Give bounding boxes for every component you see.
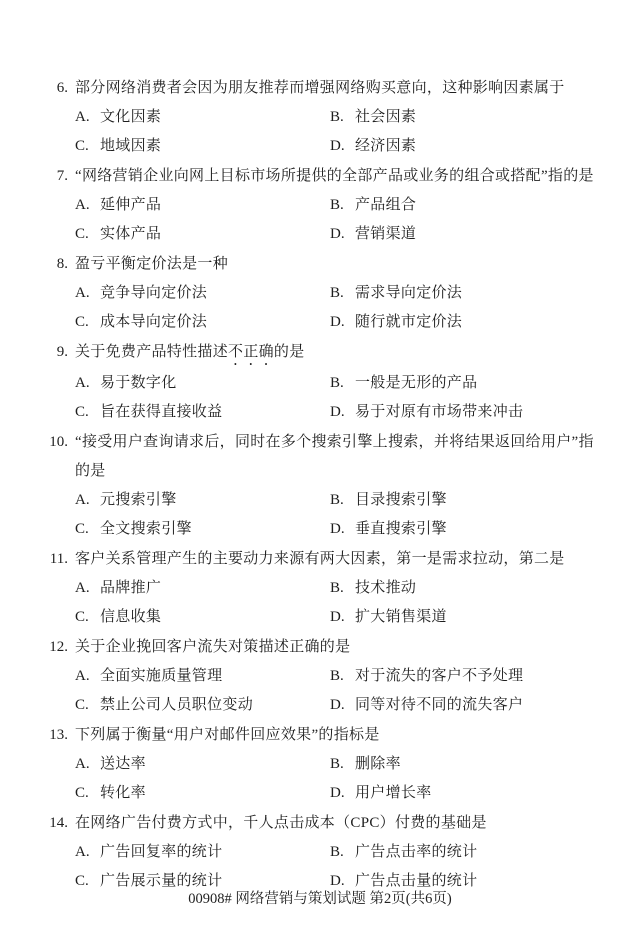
option-label: B. bbox=[330, 191, 355, 220]
option: B.需求导向定价法 bbox=[330, 279, 640, 308]
question-stem: 盈亏平衡定价法是一种 bbox=[75, 250, 228, 279]
option-label: C. bbox=[75, 691, 100, 720]
option-label: D. bbox=[330, 132, 355, 161]
question: 7.“网络营销企业向网上目标市场所提供的全部产品或业务的组合或搭配”指的是A.延… bbox=[0, 162, 640, 249]
option: B.对于流失的客户不予处理 bbox=[330, 662, 640, 691]
option-label: C. bbox=[75, 779, 100, 808]
option: B.技术推动 bbox=[330, 574, 640, 603]
question: 9.关于免费产品特性描述不正确的是A.易于数字化B.一般是无形的产品C.旨在获得… bbox=[0, 338, 640, 427]
question-list: 6.部分网络消费者会因为朋友推荐而增强网络购买意向，这种影响因素属于A.文化因素… bbox=[0, 74, 640, 897]
question-number: 14. bbox=[42, 809, 68, 838]
option-text: 旨在获得直接收益 bbox=[100, 398, 222, 427]
option: C.全文搜索引擎 bbox=[75, 515, 330, 544]
option-label: B. bbox=[330, 574, 355, 603]
option-label: A. bbox=[75, 191, 100, 220]
option: C.转化率 bbox=[75, 779, 330, 808]
question-stem: “网络营销企业向网上目标市场所提供的全部产品或业务的组合或搭配”指的是 bbox=[75, 162, 594, 191]
option-text: 扩大销售渠道 bbox=[355, 603, 447, 632]
option-text: 广告回复率的统计 bbox=[100, 838, 222, 867]
option: D.随行就市定价法 bbox=[330, 308, 640, 337]
option-label: D. bbox=[330, 603, 355, 632]
question-stem: 关于企业挽回客户流失对策描述正确的是 bbox=[75, 633, 350, 662]
option-label: D. bbox=[330, 220, 355, 249]
option: C.旨在获得直接收益 bbox=[75, 398, 330, 427]
option: B.社会因素 bbox=[330, 103, 640, 132]
question-stem: 在网络广告付费方式中，千人点击成本（CPC）付费的基础是 bbox=[75, 809, 487, 838]
option: A.广告回复率的统计 bbox=[75, 838, 330, 867]
option-label: B. bbox=[330, 838, 355, 867]
option-label: A. bbox=[75, 838, 100, 867]
option-text: 禁止公司人员职位变动 bbox=[100, 691, 253, 720]
option-label: C. bbox=[75, 308, 100, 337]
option: A.送达率 bbox=[75, 750, 330, 779]
option-text: 一般是无形的产品 bbox=[355, 369, 477, 398]
option: D.扩大销售渠道 bbox=[330, 603, 640, 632]
question-number: 9. bbox=[42, 338, 68, 367]
option: B.删除率 bbox=[330, 750, 640, 779]
question-stem-row: 13.下列属于衡量“用户对邮件回应效果”的指标是 bbox=[0, 721, 640, 750]
option-label: D. bbox=[330, 398, 355, 427]
option-text: 实体产品 bbox=[100, 220, 161, 249]
option-text: 易于对原有市场带来冲击 bbox=[355, 398, 523, 427]
option-text: 同等对待不同的流失客户 bbox=[355, 691, 523, 720]
options-grid: A.广告回复率的统计B.广告点击率的统计C.广告展示量的统计D.广告点击量的统计 bbox=[0, 838, 640, 896]
option-text: 信息收集 bbox=[100, 603, 161, 632]
option-label: B. bbox=[330, 279, 355, 308]
option: B.广告点击率的统计 bbox=[330, 838, 640, 867]
option-text: 文化因素 bbox=[100, 103, 161, 132]
option: D.经济因素 bbox=[330, 132, 640, 161]
option: C.信息收集 bbox=[75, 603, 330, 632]
question: 13.下列属于衡量“用户对邮件回应效果”的指标是A.送达率B.删除率C.转化率D… bbox=[0, 721, 640, 808]
option-label: A. bbox=[75, 369, 100, 398]
option: B.目录搜索引擎 bbox=[330, 486, 640, 515]
option: A.品牌推广 bbox=[75, 574, 330, 603]
option-label: D. bbox=[330, 779, 355, 808]
option: A.延伸产品 bbox=[75, 191, 330, 220]
option-text: 随行就市定价法 bbox=[355, 308, 462, 337]
option-label: D. bbox=[330, 308, 355, 337]
question-stem-row: 14.在网络广告付费方式中，千人点击成本（CPC）付费的基础是 bbox=[0, 809, 640, 838]
option-label: A. bbox=[75, 279, 100, 308]
option-text: 送达率 bbox=[100, 750, 146, 779]
option-text: 删除率 bbox=[355, 750, 401, 779]
options-grid: A.全面实施质量管理B.对于流失的客户不予处理C.禁止公司人员职位变动D.同等对… bbox=[0, 662, 640, 720]
option-text: 转化率 bbox=[100, 779, 146, 808]
option-label: A. bbox=[75, 103, 100, 132]
options-grid: A.延伸产品B.产品组合C.实体产品D.营销渠道 bbox=[0, 191, 640, 249]
question: 8.盈亏平衡定价法是一种A.竞争导向定价法B.需求导向定价法C.成本导向定价法D… bbox=[0, 250, 640, 337]
option-text: 需求导向定价法 bbox=[355, 279, 462, 308]
options-grid: A.竞争导向定价法B.需求导向定价法C.成本导向定价法D.随行就市定价法 bbox=[0, 279, 640, 337]
option-label: B. bbox=[330, 750, 355, 779]
question-number: 12. bbox=[42, 633, 68, 662]
option-text: 产品组合 bbox=[355, 191, 416, 220]
option-text: 地域因素 bbox=[100, 132, 161, 161]
option: D.同等对待不同的流失客户 bbox=[330, 691, 640, 720]
option-label: C. bbox=[75, 132, 100, 161]
option: D.易于对原有市场带来冲击 bbox=[330, 398, 640, 427]
option-label: C. bbox=[75, 220, 100, 249]
question: 14.在网络广告付费方式中，千人点击成本（CPC）付费的基础是A.广告回复率的统… bbox=[0, 809, 640, 896]
option: C.成本导向定价法 bbox=[75, 308, 330, 337]
options-grid: A.易于数字化B.一般是无形的产品C.旨在获得直接收益D.易于对原有市场带来冲击 bbox=[0, 369, 640, 427]
option-label: B. bbox=[330, 662, 355, 691]
question: 12.关于企业挽回客户流失对策描述正确的是A.全面实施质量管理B.对于流失的客户… bbox=[0, 633, 640, 720]
option-text: 易于数字化 bbox=[100, 369, 177, 398]
option: A.元搜索引擎 bbox=[75, 486, 330, 515]
option: A.全面实施质量管理 bbox=[75, 662, 330, 691]
option-text: 全文搜索引擎 bbox=[100, 515, 192, 544]
question-stem: 部分网络消费者会因为朋友推荐而增强网络购买意向，这种影响因素属于 bbox=[75, 74, 565, 103]
option-text: 广告点击率的统计 bbox=[355, 838, 477, 867]
exam-page: 6.部分网络消费者会因为朋友推荐而增强网络购买意向，这种影响因素属于A.文化因素… bbox=[0, 0, 640, 950]
option: D.垂直搜索引擎 bbox=[330, 515, 640, 544]
option-text: 品牌推广 bbox=[100, 574, 161, 603]
option-text: 元搜索引擎 bbox=[100, 486, 177, 515]
option-label: A. bbox=[75, 486, 100, 515]
option-text: 竞争导向定价法 bbox=[100, 279, 207, 308]
option: B.产品组合 bbox=[330, 191, 640, 220]
option-text: 经济因素 bbox=[355, 132, 416, 161]
option-text: 营销渠道 bbox=[355, 220, 416, 249]
option-text: 社会因素 bbox=[355, 103, 416, 132]
footer-text: 00908# 网络营销与策划试题 第2页(共6页) bbox=[188, 891, 451, 907]
option-label: C. bbox=[75, 603, 100, 632]
question-stem: 客户关系管理产生的主要动力来源有两大因素，第一是需求拉动，第二是 bbox=[75, 545, 565, 574]
option-text: 成本导向定价法 bbox=[100, 308, 207, 337]
option-text: 垂直搜索引擎 bbox=[355, 515, 447, 544]
option-label: A. bbox=[75, 662, 100, 691]
option-label: B. bbox=[330, 103, 355, 132]
option-label: A. bbox=[75, 574, 100, 603]
option-text: 全面实施质量管理 bbox=[100, 662, 222, 691]
options-grid: A.送达率B.删除率C.转化率D.用户增长率 bbox=[0, 750, 640, 808]
option: A.竞争导向定价法 bbox=[75, 279, 330, 308]
question-number: 7. bbox=[42, 162, 68, 191]
question-number: 6. bbox=[42, 74, 68, 103]
question-stem-row: 9.关于免费产品特性描述不正确的是 bbox=[0, 338, 640, 369]
option-text: 延伸产品 bbox=[100, 191, 161, 220]
option-text: 用户增长率 bbox=[355, 779, 432, 808]
options-grid: A.品牌推广B.技术推动C.信息收集D.扩大销售渠道 bbox=[0, 574, 640, 632]
question-stem-row: 12.关于企业挽回客户流失对策描述正确的是 bbox=[0, 633, 640, 662]
question: 10.“接受用户查询请求后，同时在多个搜索引擎上搜索，并将结果返回给用户”指的是… bbox=[0, 428, 640, 544]
option: C.地域因素 bbox=[75, 132, 330, 161]
question-number: 11. bbox=[42, 545, 68, 574]
option-label: C. bbox=[75, 398, 100, 427]
option-text: 技术推动 bbox=[355, 574, 416, 603]
question-number: 8. bbox=[42, 250, 68, 279]
option-label: A. bbox=[75, 750, 100, 779]
question-number: 13. bbox=[42, 721, 68, 750]
question: 6.部分网络消费者会因为朋友推荐而增强网络购买意向，这种影响因素属于A.文化因素… bbox=[0, 74, 640, 161]
page-footer: 00908# 网络营销与策划试题 第2页(共6页) bbox=[0, 889, 640, 909]
option: B.一般是无形的产品 bbox=[330, 369, 640, 398]
question-stem: 关于免费产品特性描述不正确的是 bbox=[75, 338, 305, 369]
option-text: 目录搜索引擎 bbox=[355, 486, 447, 515]
option-label: B. bbox=[330, 369, 355, 398]
option: A.文化因素 bbox=[75, 103, 330, 132]
option-label: D. bbox=[330, 691, 355, 720]
option-label: D. bbox=[330, 515, 355, 544]
option: C.禁止公司人员职位变动 bbox=[75, 691, 330, 720]
options-grid: A.元搜索引擎B.目录搜索引擎C.全文搜索引擎D.垂直搜索引擎 bbox=[0, 486, 640, 544]
option: A.易于数字化 bbox=[75, 369, 330, 398]
emphasized-text: 不正确 bbox=[228, 344, 274, 360]
option: D.用户增长率 bbox=[330, 779, 640, 808]
options-grid: A.文化因素B.社会因素C.地域因素D.经济因素 bbox=[0, 103, 640, 161]
question-stem-row: 8.盈亏平衡定价法是一种 bbox=[0, 250, 640, 279]
question-stem: “接受用户查询请求后，同时在多个搜索引擎上搜索，并将结果返回给用户”指的是 bbox=[75, 428, 602, 486]
question-stem: 下列属于衡量“用户对邮件回应效果”的指标是 bbox=[75, 721, 380, 750]
question-stem-row: 11.客户关系管理产生的主要动力来源有两大因素，第一是需求拉动，第二是 bbox=[0, 545, 640, 574]
question-number: 10. bbox=[42, 428, 68, 457]
option: D.营销渠道 bbox=[330, 220, 640, 249]
option-text: 对于流失的客户不予处理 bbox=[355, 662, 523, 691]
question-stem-row: 10.“接受用户查询请求后，同时在多个搜索引擎上搜索，并将结果返回给用户”指的是 bbox=[0, 428, 640, 486]
option-label: C. bbox=[75, 515, 100, 544]
question-stem-row: 6.部分网络消费者会因为朋友推荐而增强网络购买意向，这种影响因素属于 bbox=[0, 74, 640, 103]
option-label: B. bbox=[330, 486, 355, 515]
question: 11.客户关系管理产生的主要动力来源有两大因素，第一是需求拉动，第二是A.品牌推… bbox=[0, 545, 640, 632]
question-stem-row: 7.“网络营销企业向网上目标市场所提供的全部产品或业务的组合或搭配”指的是 bbox=[0, 162, 640, 191]
option: C.实体产品 bbox=[75, 220, 330, 249]
